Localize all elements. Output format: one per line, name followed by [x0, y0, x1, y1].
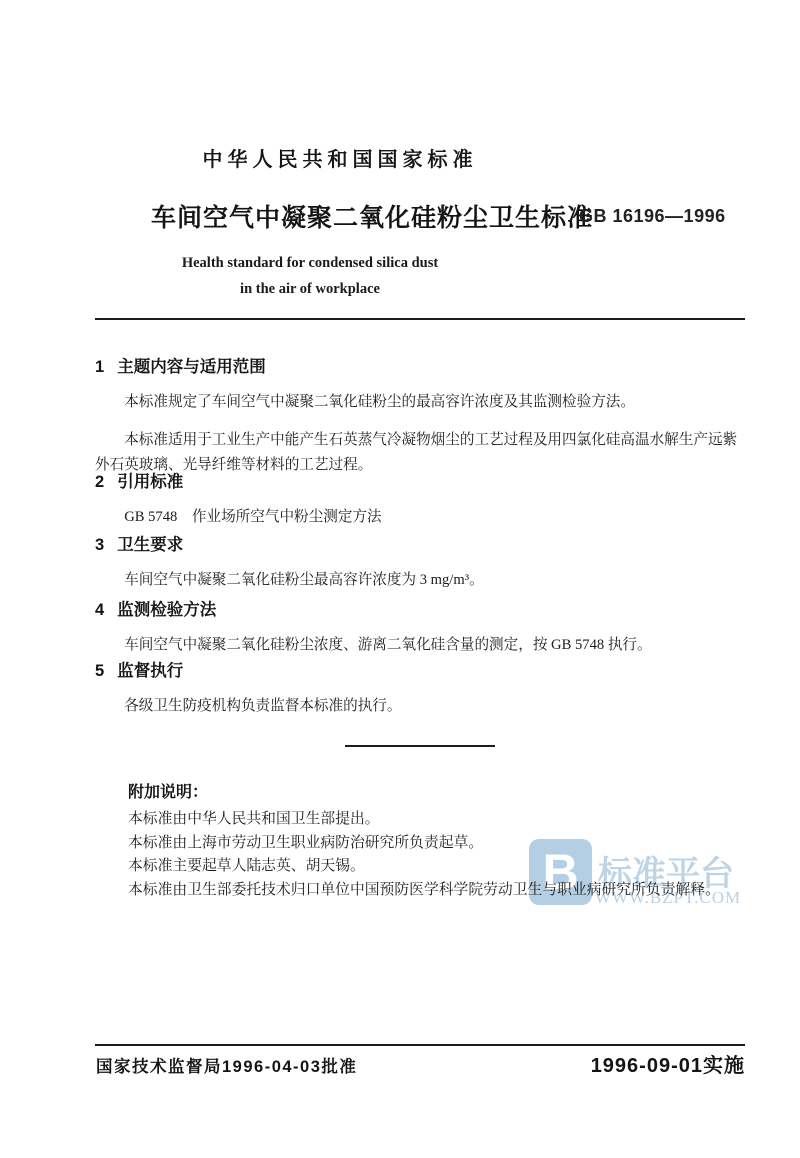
section-number: 1 — [95, 358, 104, 377]
section-paragraph: 本标准规定了车间空气中凝聚二氧化硅粉尘的最高容许浓度及其监测检验方法。 — [95, 390, 745, 415]
section-paragraph: 车间空气中凝聚二氧化硅粉尘最高容许浓度为 3 mg/m³。 — [95, 568, 745, 593]
section-paragraph: 各级卫生防疫机构负责监督本标准的执行。 — [95, 694, 745, 719]
note-interpreted-by: 本标准由卫生部委托技术归口单位中国预防医学科学院劳动卫生与职业病研究所负责解释。 — [128, 879, 788, 903]
section-heading-text: 监督执行 — [117, 657, 183, 681]
section-heading: 3 卫生要求 — [95, 531, 745, 555]
section-heading-text: 监测检验方法 — [117, 596, 216, 620]
section-heading-text: 卫生要求 — [117, 531, 183, 555]
note-drafters: 本标准主要起草人陆志英、胡天锡。 — [128, 855, 788, 879]
end-of-body-divider — [345, 745, 495, 747]
implementation-date-text: 1996-09-01实施 — [591, 1049, 745, 1078]
section-number: 5 — [95, 662, 104, 681]
additional-notes: 附加说明： 本标准由中华人民共和国卫生部提出。 本标准由上海市劳动卫生职业病防治… — [128, 779, 788, 902]
document-title-english-line2: in the air of workplace — [95, 281, 525, 298]
section-scope: 1 主题内容与适用范围 本标准规定了车间空气中凝聚二氧化硅粉尘的最高容许浓度及其… — [95, 353, 745, 478]
section-heading: 5 监督执行 — [95, 657, 745, 681]
section-paragraph: 车间空气中凝聚二氧化硅粉尘浓度、游离二氧化硅含量的测定，按 GB 5748 执行… — [95, 633, 745, 658]
note-drafted-by: 本标准由上海市劳动卫生职业病防治研究所负责起草。 — [128, 832, 788, 856]
document-title-chinese: 车间空气中凝聚二氧化硅粉尘卫生标准 — [151, 198, 593, 234]
footer-rule — [95, 1044, 745, 1046]
standard-document-page: B 标准平台 WWW.BZPT.COM 中华人民共和国国家标准 车间空气中凝聚二… — [0, 0, 800, 1158]
additional-notes-heading: 附加说明： — [128, 779, 788, 802]
section-number: 3 — [95, 536, 104, 555]
document-title-english-line1: Health standard for condensed silica dus… — [95, 255, 525, 272]
referenced-standard: GB 5748 作业场所空气中粉尘测定方法 — [95, 505, 745, 530]
section-heading: 1 主题内容与适用范围 — [95, 353, 745, 377]
section-supervision: 5 监督执行 各级卫生防疫机构负责监督本标准的执行。 — [95, 657, 745, 719]
national-standard-label: 中华人民共和国国家标准 — [95, 143, 585, 172]
section-hygiene-requirement: 3 卫生要求 车间空气中凝聚二氧化硅粉尘最高容许浓度为 3 mg/m³。 — [95, 531, 745, 593]
section-heading: 4 监测检验方法 — [95, 596, 745, 620]
approval-date-text: 国家技术监督局1996-04-03批准 — [96, 1053, 357, 1077]
section-references: 2 引用标准 GB 5748 作业场所空气中粉尘测定方法 — [95, 468, 745, 530]
section-number: 4 — [95, 601, 104, 620]
section-number: 2 — [95, 473, 104, 492]
section-heading: 2 引用标准 — [95, 468, 745, 492]
section-monitoring-method: 4 监测检验方法 车间空气中凝聚二氧化硅粉尘浓度、游离二氧化硅含量的测定，按 G… — [95, 596, 745, 658]
section-heading-text: 主题内容与适用范围 — [117, 353, 266, 377]
standard-number: GB 16196—1996 — [579, 206, 726, 227]
note-proposed-by: 本标准由中华人民共和国卫生部提出。 — [128, 808, 788, 832]
section-heading-text: 引用标准 — [117, 468, 183, 492]
header-rule — [95, 318, 745, 320]
